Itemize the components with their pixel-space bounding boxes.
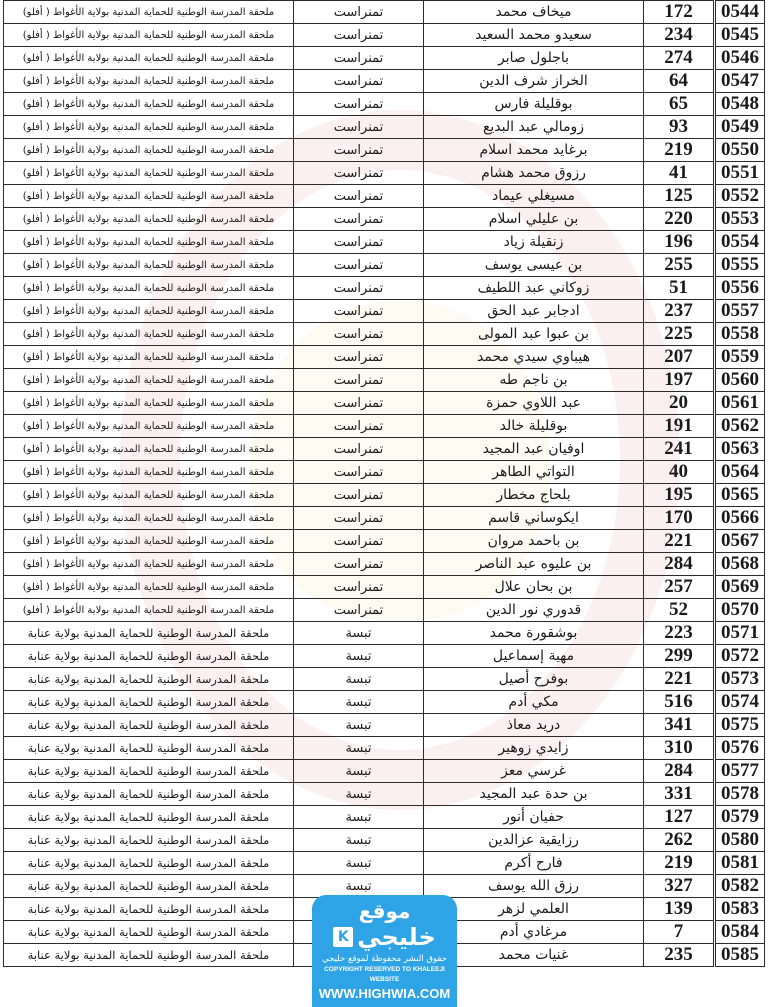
candidate-score-cell: 219 (644, 852, 715, 875)
candidate-name-cell: دريد معاذ (424, 714, 644, 737)
training-center-cell: ملحقة المدرسة الوطنية للحماية المدنية بو… (4, 576, 294, 599)
candidate-id-cell: 0559 (715, 346, 765, 369)
candidate-name-cell: زومالي عبد البديع (424, 116, 644, 139)
candidate-score-cell: 234 (644, 24, 715, 47)
table-row: 0558225بن عبوا عبد المولىتمنراستملحقة ال… (4, 323, 765, 346)
table-row: 0553220بن عليلي اسلامتمنراستملحقة المدرس… (4, 208, 765, 231)
candidate-id-cell: 0577 (715, 760, 765, 783)
candidate-wilaya-cell: تبسة (294, 668, 424, 691)
candidate-wilaya-cell: تبسة (294, 829, 424, 852)
candidate-name-cell: برغايد محمد اسلام (424, 139, 644, 162)
candidate-score-cell: 225 (644, 323, 715, 346)
candidate-wilaya-cell: تبسة (294, 622, 424, 645)
candidate-name-cell: ادجابر عبد الحق (424, 300, 644, 323)
candidate-score-cell: 262 (644, 829, 715, 852)
candidate-id-cell: 0551 (715, 162, 765, 185)
candidate-score-cell: 235 (644, 944, 715, 967)
table-row: 0557237ادجابر عبد الحقتمنراستملحقة المدر… (4, 300, 765, 323)
training-center-cell: ملحقة المدرسة الوطنية للحماية المدنية بو… (4, 645, 294, 668)
candidate-score-cell: 207 (644, 346, 715, 369)
candidate-wilaya-cell: تمنراست (294, 24, 424, 47)
candidate-id-cell: 0564 (715, 461, 765, 484)
table-row: 0555255بن عيسى يوسفتمنراستملحقة المدرسة … (4, 254, 765, 277)
candidate-id-cell: 0563 (715, 438, 765, 461)
training-center-cell: ملحقة المدرسة الوطنية للحماية المدنية بو… (4, 737, 294, 760)
candidate-id-cell: 0576 (715, 737, 765, 760)
training-center-cell: ملحقة المدرسة الوطنية للحماية المدنية بو… (4, 369, 294, 392)
table-row: 0579127حفيان أنورتبسةملحقة المدرسة الوطن… (4, 806, 765, 829)
candidate-score-cell: 237 (644, 300, 715, 323)
candidate-name-cell: رزق الله يوسف (424, 875, 644, 898)
training-center-cell: ملحقة المدرسة الوطنية للحماية المدنية بو… (4, 254, 294, 277)
watermark-copyright-english: COPYRIGHT RESERVED TO KHALEEJI WEBSITE (312, 965, 457, 985)
candidate-score-cell: 64 (644, 70, 715, 93)
candidate-score-cell: 255 (644, 254, 715, 277)
candidate-id-cell: 0574 (715, 691, 765, 714)
training-center-cell: ملحقة المدرسة الوطنية للحماية المدنية بو… (4, 875, 294, 898)
candidate-name-cell: اوفيان عبد المجيد (424, 438, 644, 461)
candidate-wilaya-cell: تبسة (294, 691, 424, 714)
candidate-wilaya-cell: تمنراست (294, 231, 424, 254)
training-center-cell: ملحقة المدرسة الوطنية للحماية المدنية بو… (4, 852, 294, 875)
table-row: 054993زومالي عبد البديعتمنراستملحقة المد… (4, 116, 765, 139)
candidate-wilaya-cell: تمنراست (294, 1, 424, 24)
candidate-score-cell: 40 (644, 461, 715, 484)
check-badge-icon: K (333, 927, 353, 947)
table-row: 0574516مكي أدمتبسةملحقة المدرسة الوطنية … (4, 691, 765, 714)
candidate-wilaya-cell: تمنراست (294, 139, 424, 162)
candidate-id-cell: 0578 (715, 783, 765, 806)
candidate-score-cell: 196 (644, 231, 715, 254)
candidate-name-cell: بلحاج مخطار (424, 484, 644, 507)
candidate-id-cell: 0565 (715, 484, 765, 507)
candidate-wilaya-cell: تمنراست (294, 392, 424, 415)
training-center-cell: ملحقة المدرسة الوطنية للحماية المدنية بو… (4, 323, 294, 346)
candidate-wilaya-cell: تمنراست (294, 530, 424, 553)
candidate-id-cell: 0553 (715, 208, 765, 231)
candidate-wilaya-cell: تبسة (294, 806, 424, 829)
candidate-score-cell: 219 (644, 139, 715, 162)
candidate-name-cell: بن عليلي اسلام (424, 208, 644, 231)
training-center-cell: ملحقة المدرسة الوطنية للحماية المدنية بو… (4, 760, 294, 783)
candidate-score-cell: 516 (644, 691, 715, 714)
candidate-score-cell: 341 (644, 714, 715, 737)
candidate-name-cell: بن عيسى يوسف (424, 254, 644, 277)
candidate-name-cell: ايكوساني قاسم (424, 507, 644, 530)
table-row: 056120عبد اللاوي حمزةتمنراستملحقة المدرس… (4, 392, 765, 415)
candidate-id-cell: 0562 (715, 415, 765, 438)
candidate-wilaya-cell: تبسة (294, 714, 424, 737)
candidate-score-cell: 191 (644, 415, 715, 438)
candidate-name-cell: بن ناجم طه (424, 369, 644, 392)
candidate-name-cell: هيباوي سيدي محمد (424, 346, 644, 369)
candidate-wilaya-cell: تبسة (294, 852, 424, 875)
table-row: 0573221بوفرح أصيلتبسةملحقة المدرسة الوطن… (4, 668, 765, 691)
table-row: 0550219برغايد محمد اسلامتمنراستملحقة الم… (4, 139, 765, 162)
table-row: 0581219فارح أكرمتبسةملحقة المدرسة الوطني… (4, 852, 765, 875)
candidate-wilaya-cell: تمنراست (294, 415, 424, 438)
table-row: 0569257بن بحان علالتمنراستملحقة المدرسة … (4, 576, 765, 599)
candidate-name-cell: فارح أكرم (424, 852, 644, 875)
watermark-line-site: موقع (312, 899, 457, 923)
training-center-cell: ملحقة المدرسة الوطنية للحماية المدنية بو… (4, 415, 294, 438)
candidate-score-cell: 221 (644, 530, 715, 553)
training-center-cell: ملحقة المدرسة الوطنية للحماية المدنية بو… (4, 668, 294, 691)
candidate-wilaya-cell: تمنراست (294, 323, 424, 346)
candidate-score-cell: 221 (644, 668, 715, 691)
candidate-id-cell: 0545 (715, 24, 765, 47)
candidate-score-cell: 284 (644, 760, 715, 783)
table-row: 0552125مسيغلي عيمادتمنراستملحقة المدرسة … (4, 185, 765, 208)
training-center-cell: ملحقة المدرسة الوطنية للحماية المدنية بو… (4, 622, 294, 645)
candidate-wilaya-cell: تبسة (294, 737, 424, 760)
training-center-cell: ملحقة المدرسة الوطنية للحماية المدنية بو… (4, 47, 294, 70)
training-center-cell: ملحقة المدرسة الوطنية للحماية المدنية بو… (4, 392, 294, 415)
watermark-url: WWW.HIGHWIA.COM (312, 985, 457, 1003)
candidate-name-cell: بن باحمد مروان (424, 530, 644, 553)
candidate-score-cell: 41 (644, 162, 715, 185)
candidate-wilaya-cell: تمنراست (294, 70, 424, 93)
candidate-name-cell: عبد اللاوي حمزة (424, 392, 644, 415)
candidate-id-cell: 0570 (715, 599, 765, 622)
candidate-name-cell: مكي أدم (424, 691, 644, 714)
training-center-cell: ملحقة المدرسة الوطنية للحماية المدنية بو… (4, 507, 294, 530)
candidate-wilaya-cell: تمنراست (294, 162, 424, 185)
candidate-name-cell: باجلول صابر (424, 47, 644, 70)
candidate-score-cell: 327 (644, 875, 715, 898)
training-center-cell: ملحقة المدرسة الوطنية للحماية المدنية بو… (4, 24, 294, 47)
candidate-score-cell: 51 (644, 277, 715, 300)
candidate-id-cell: 0556 (715, 277, 765, 300)
training-center-cell: ملحقة المدرسة الوطنية للحماية المدنية بو… (4, 691, 294, 714)
candidate-id-cell: 0585 (715, 944, 765, 967)
table-row: 0565195بلحاج مخطارتمنراستملحقة المدرسة ا… (4, 484, 765, 507)
candidate-wilaya-cell: تمنراست (294, 369, 424, 392)
candidate-id-cell: 0554 (715, 231, 765, 254)
candidate-name-cell: بوقليلة خالد (424, 415, 644, 438)
candidate-name-cell: ميخاف محمد (424, 1, 644, 24)
table-row: 0559207هيباوي سيدي محمدتمنراستملحقة المد… (4, 346, 765, 369)
training-center-cell: ملحقة المدرسة الوطنية للحماية المدنية بو… (4, 553, 294, 576)
candidate-score-cell: 257 (644, 576, 715, 599)
candidate-id-cell: 0581 (715, 852, 765, 875)
table-row: 0567221بن باحمد مروانتمنراستملحقة المدرس… (4, 530, 765, 553)
table-row: 0571223بوشقورة محمدتبسةملحقة المدرسة الو… (4, 622, 765, 645)
table-row: 0562191بوقليلة خالدتمنراستملحقة المدرسة … (4, 415, 765, 438)
table-row: 0568284بن عليوه عبد الناصرتمنراستملحقة ا… (4, 553, 765, 576)
candidate-name-cell: سعيدو محمد السعيد (424, 24, 644, 47)
candidate-wilaya-cell: تمنراست (294, 47, 424, 70)
candidate-wilaya-cell: تمنراست (294, 507, 424, 530)
candidate-id-cell: 0568 (715, 553, 765, 576)
table-row: 0546274باجلول صابرتمنراستملحقة المدرسة ا… (4, 47, 765, 70)
candidate-score-cell: 7 (644, 921, 715, 944)
candidate-score-cell: 139 (644, 898, 715, 921)
candidate-name-cell: زوكاني عبد اللطيف (424, 277, 644, 300)
training-center-cell: ملحقة المدرسة الوطنية للحماية المدنية بو… (4, 599, 294, 622)
table-row: 054865بوقليلة فارستمنراستملحقة المدرسة ا… (4, 93, 765, 116)
candidate-name-cell: حفيان أنور (424, 806, 644, 829)
candidate-name-cell: بن عبوا عبد المولى (424, 323, 644, 346)
candidate-wilaya-cell: تبسة (294, 645, 424, 668)
table-row: 0575341دريد معاذتبسةملحقة المدرسة الوطني… (4, 714, 765, 737)
training-center-cell: ملحقة المدرسة الوطنية للحماية المدنية بو… (4, 300, 294, 323)
training-center-cell: ملحقة المدرسة الوطنية للحماية المدنية بو… (4, 277, 294, 300)
candidate-wilaya-cell: تمنراست (294, 116, 424, 139)
training-center-cell: ملحقة المدرسة الوطنية للحماية المدنية بو… (4, 70, 294, 93)
training-center-cell: ملحقة المدرسة الوطنية للحماية المدنية بو… (4, 231, 294, 254)
table-row: 0577284غرسي معزتبسةملحقة المدرسة الوطنية… (4, 760, 765, 783)
candidate-name-cell: بوشقورة محمد (424, 622, 644, 645)
training-center-cell: ملحقة المدرسة الوطنية للحماية المدنية بو… (4, 714, 294, 737)
training-center-cell: ملحقة المدرسة الوطنية للحماية المدنية بو… (4, 346, 294, 369)
candidate-id-cell: 0582 (715, 875, 765, 898)
training-center-cell: ملحقة المدرسة الوطنية للحماية المدنية بو… (4, 185, 294, 208)
candidate-id-cell: 0579 (715, 806, 765, 829)
candidate-name-cell: قدوري نور الدين (424, 599, 644, 622)
candidate-name-cell: زايدي زوهير (424, 737, 644, 760)
candidate-name-cell: زنقيلة زياد (424, 231, 644, 254)
training-center-cell: ملحقة المدرسة الوطنية للحماية المدنية بو… (4, 484, 294, 507)
candidate-score-cell: 65 (644, 93, 715, 116)
table-row: 0572299مهية إسماعيلتبسةملحقة المدرسة الو… (4, 645, 765, 668)
table-row: 0578331بن حدة عبد المجيدتبسةملحقة المدرس… (4, 783, 765, 806)
training-center-cell: ملحقة المدرسة الوطنية للحماية المدنية بو… (4, 530, 294, 553)
training-center-cell: ملحقة المدرسة الوطنية للحماية المدنية بو… (4, 162, 294, 185)
table-row: 0544172ميخاف محمدتمنراستملحقة المدرسة ال… (4, 1, 765, 24)
table-row: 056440التواتي الطاهرتمنراستملحقة المدرسة… (4, 461, 765, 484)
table-row: 057052قدوري نور الدينتمنراستملحقة المدرس… (4, 599, 765, 622)
candidate-name-cell: بن عليوه عبد الناصر (424, 553, 644, 576)
candidate-wilaya-cell: تمنراست (294, 576, 424, 599)
candidate-id-cell: 0560 (715, 369, 765, 392)
candidate-id-cell: 0561 (715, 392, 765, 415)
candidate-id-cell: 0546 (715, 47, 765, 70)
table-row: 0560197بن ناجم طهتمنراستملحقة المدرسة ال… (4, 369, 765, 392)
candidate-id-cell: 0552 (715, 185, 765, 208)
training-center-cell: ملحقة المدرسة الوطنية للحماية المدنية بو… (4, 461, 294, 484)
candidate-wilaya-cell: تمنراست (294, 277, 424, 300)
table-row: 0576310زايدي زوهيرتبسةملحقة المدرسة الوط… (4, 737, 765, 760)
candidate-id-cell: 0558 (715, 323, 765, 346)
candidate-wilaya-cell: تمنراست (294, 438, 424, 461)
candidate-score-cell: 93 (644, 116, 715, 139)
watermark-copyright-arabic: حقوق النشر محفوظة لموقع خليجي (312, 953, 457, 965)
candidate-name-cell: مهية إسماعيل (424, 645, 644, 668)
candidate-id-cell: 0555 (715, 254, 765, 277)
training-center-cell: ملحقة المدرسة الوطنية للحماية المدنية بو… (4, 438, 294, 461)
candidate-wilaya-cell: تمنراست (294, 346, 424, 369)
candidate-wilaya-cell: تبسة (294, 760, 424, 783)
training-center-cell: ملحقة المدرسة الوطنية للحماية المدنية بو… (4, 898, 294, 921)
candidate-score-cell: 223 (644, 622, 715, 645)
training-center-cell: ملحقة المدرسة الوطنية للحماية المدنية بو… (4, 93, 294, 116)
candidate-wilaya-cell: تمنراست (294, 254, 424, 277)
candidate-id-cell: 0557 (715, 300, 765, 323)
candidate-id-cell: 0580 (715, 829, 765, 852)
candidate-score-cell: 52 (644, 599, 715, 622)
candidates-table: 0544172ميخاف محمدتمنراستملحقة المدرسة ال… (3, 0, 765, 967)
training-center-cell: ملحقة المدرسة الوطنية للحماية المدنية بو… (4, 1, 294, 24)
candidate-id-cell: 0584 (715, 921, 765, 944)
candidate-wilaya-cell: تمنراست (294, 93, 424, 116)
candidate-score-cell: 331 (644, 783, 715, 806)
candidate-name-cell: بوقليلة فارس (424, 93, 644, 116)
candidate-id-cell: 0550 (715, 139, 765, 162)
candidate-name-cell: رزوق محمد هشام (424, 162, 644, 185)
candidate-id-cell: 0547 (715, 70, 765, 93)
candidates-table-body: 0544172ميخاف محمدتمنراستملحقة المدرسة ال… (4, 1, 765, 967)
candidate-id-cell: 0575 (715, 714, 765, 737)
candidate-score-cell: 125 (644, 185, 715, 208)
table-row: 0545234سعيدو محمد السعيدتمنراستملحقة الم… (4, 24, 765, 47)
candidate-score-cell: 310 (644, 737, 715, 760)
candidate-score-cell: 195 (644, 484, 715, 507)
candidate-name-cell: بن حدة عبد المجيد (424, 783, 644, 806)
candidate-score-cell: 299 (644, 645, 715, 668)
candidate-wilaya-cell: تمنراست (294, 300, 424, 323)
candidate-id-cell: 0583 (715, 898, 765, 921)
candidate-name-cell: بن بحان علال (424, 576, 644, 599)
table-row: 0554196زنقيلة زيادتمنراستملحقة المدرسة ا… (4, 231, 765, 254)
candidate-score-cell: 197 (644, 369, 715, 392)
candidate-wilaya-cell: تمنراست (294, 484, 424, 507)
candidate-id-cell: 0573 (715, 668, 765, 691)
candidate-score-cell: 284 (644, 553, 715, 576)
candidate-name-cell: بوفرح أصيل (424, 668, 644, 691)
candidate-id-cell: 0567 (715, 530, 765, 553)
candidate-score-cell: 170 (644, 507, 715, 530)
candidate-name-cell: رزايقية عزالدين (424, 829, 644, 852)
table-row: 0563241اوفيان عبد المجيدتمنراستملحقة الم… (4, 438, 765, 461)
candidate-id-cell: 0566 (715, 507, 765, 530)
candidate-wilaya-cell: تبسة (294, 783, 424, 806)
candidate-wilaya-cell: تمنراست (294, 461, 424, 484)
candidate-score-cell: 172 (644, 1, 715, 24)
training-center-cell: ملحقة المدرسة الوطنية للحماية المدنية بو… (4, 783, 294, 806)
candidate-wilaya-cell: تمنراست (294, 185, 424, 208)
candidate-id-cell: 0571 (715, 622, 765, 645)
candidate-wilaya-cell: تمنراست (294, 208, 424, 231)
training-center-cell: ملحقة المدرسة الوطنية للحماية المدنية بو… (4, 806, 294, 829)
candidate-wilaya-cell: تمنراست (294, 599, 424, 622)
table-row: 055651زوكاني عبد اللطيفتمنراستملحقة المد… (4, 277, 765, 300)
site-watermark-logo: موقع K خليجي حقوق النشر محفوظة لموقع خلي… (312, 895, 457, 1007)
training-center-cell: ملحقة المدرسة الوطنية للحماية المدنية بو… (4, 208, 294, 231)
candidate-name-cell: غرسي معز (424, 760, 644, 783)
candidate-score-cell: 127 (644, 806, 715, 829)
candidate-id-cell: 0548 (715, 93, 765, 116)
candidate-score-cell: 274 (644, 47, 715, 70)
watermark-brand: K خليجي (312, 923, 457, 951)
training-center-cell: ملحقة المدرسة الوطنية للحماية المدنية بو… (4, 116, 294, 139)
candidate-wilaya-cell: تمنراست (294, 553, 424, 576)
table-row: 054764الخراز شرف الدينتمنراستملحقة المدر… (4, 70, 765, 93)
candidate-id-cell: 0572 (715, 645, 765, 668)
candidate-id-cell: 0544 (715, 1, 765, 24)
candidate-name-cell: التواتي الطاهر (424, 461, 644, 484)
table-row: 0566170ايكوساني قاسمتمنراستملحقة المدرسة… (4, 507, 765, 530)
training-center-cell: ملحقة المدرسة الوطنية للحماية المدنية بو… (4, 944, 294, 967)
candidate-score-cell: 220 (644, 208, 715, 231)
candidate-name-cell: مسيغلي عيماد (424, 185, 644, 208)
table-row: 0580262رزايقية عزالدينتبسةملحقة المدرسة … (4, 829, 765, 852)
candidate-name-cell: الخراز شرف الدين (424, 70, 644, 93)
candidate-score-cell: 241 (644, 438, 715, 461)
candidate-id-cell: 0549 (715, 116, 765, 139)
watermark-brand-name: خليجي (357, 923, 435, 951)
training-center-cell: ملحقة المدرسة الوطنية للحماية المدنية بو… (4, 139, 294, 162)
candidate-score-cell: 20 (644, 392, 715, 415)
candidate-id-cell: 0569 (715, 576, 765, 599)
training-center-cell: ملحقة المدرسة الوطنية للحماية المدنية بو… (4, 829, 294, 852)
training-center-cell: ملحقة المدرسة الوطنية للحماية المدنية بو… (4, 921, 294, 944)
table-row: 055141رزوق محمد هشامتمنراستملحقة المدرسة… (4, 162, 765, 185)
